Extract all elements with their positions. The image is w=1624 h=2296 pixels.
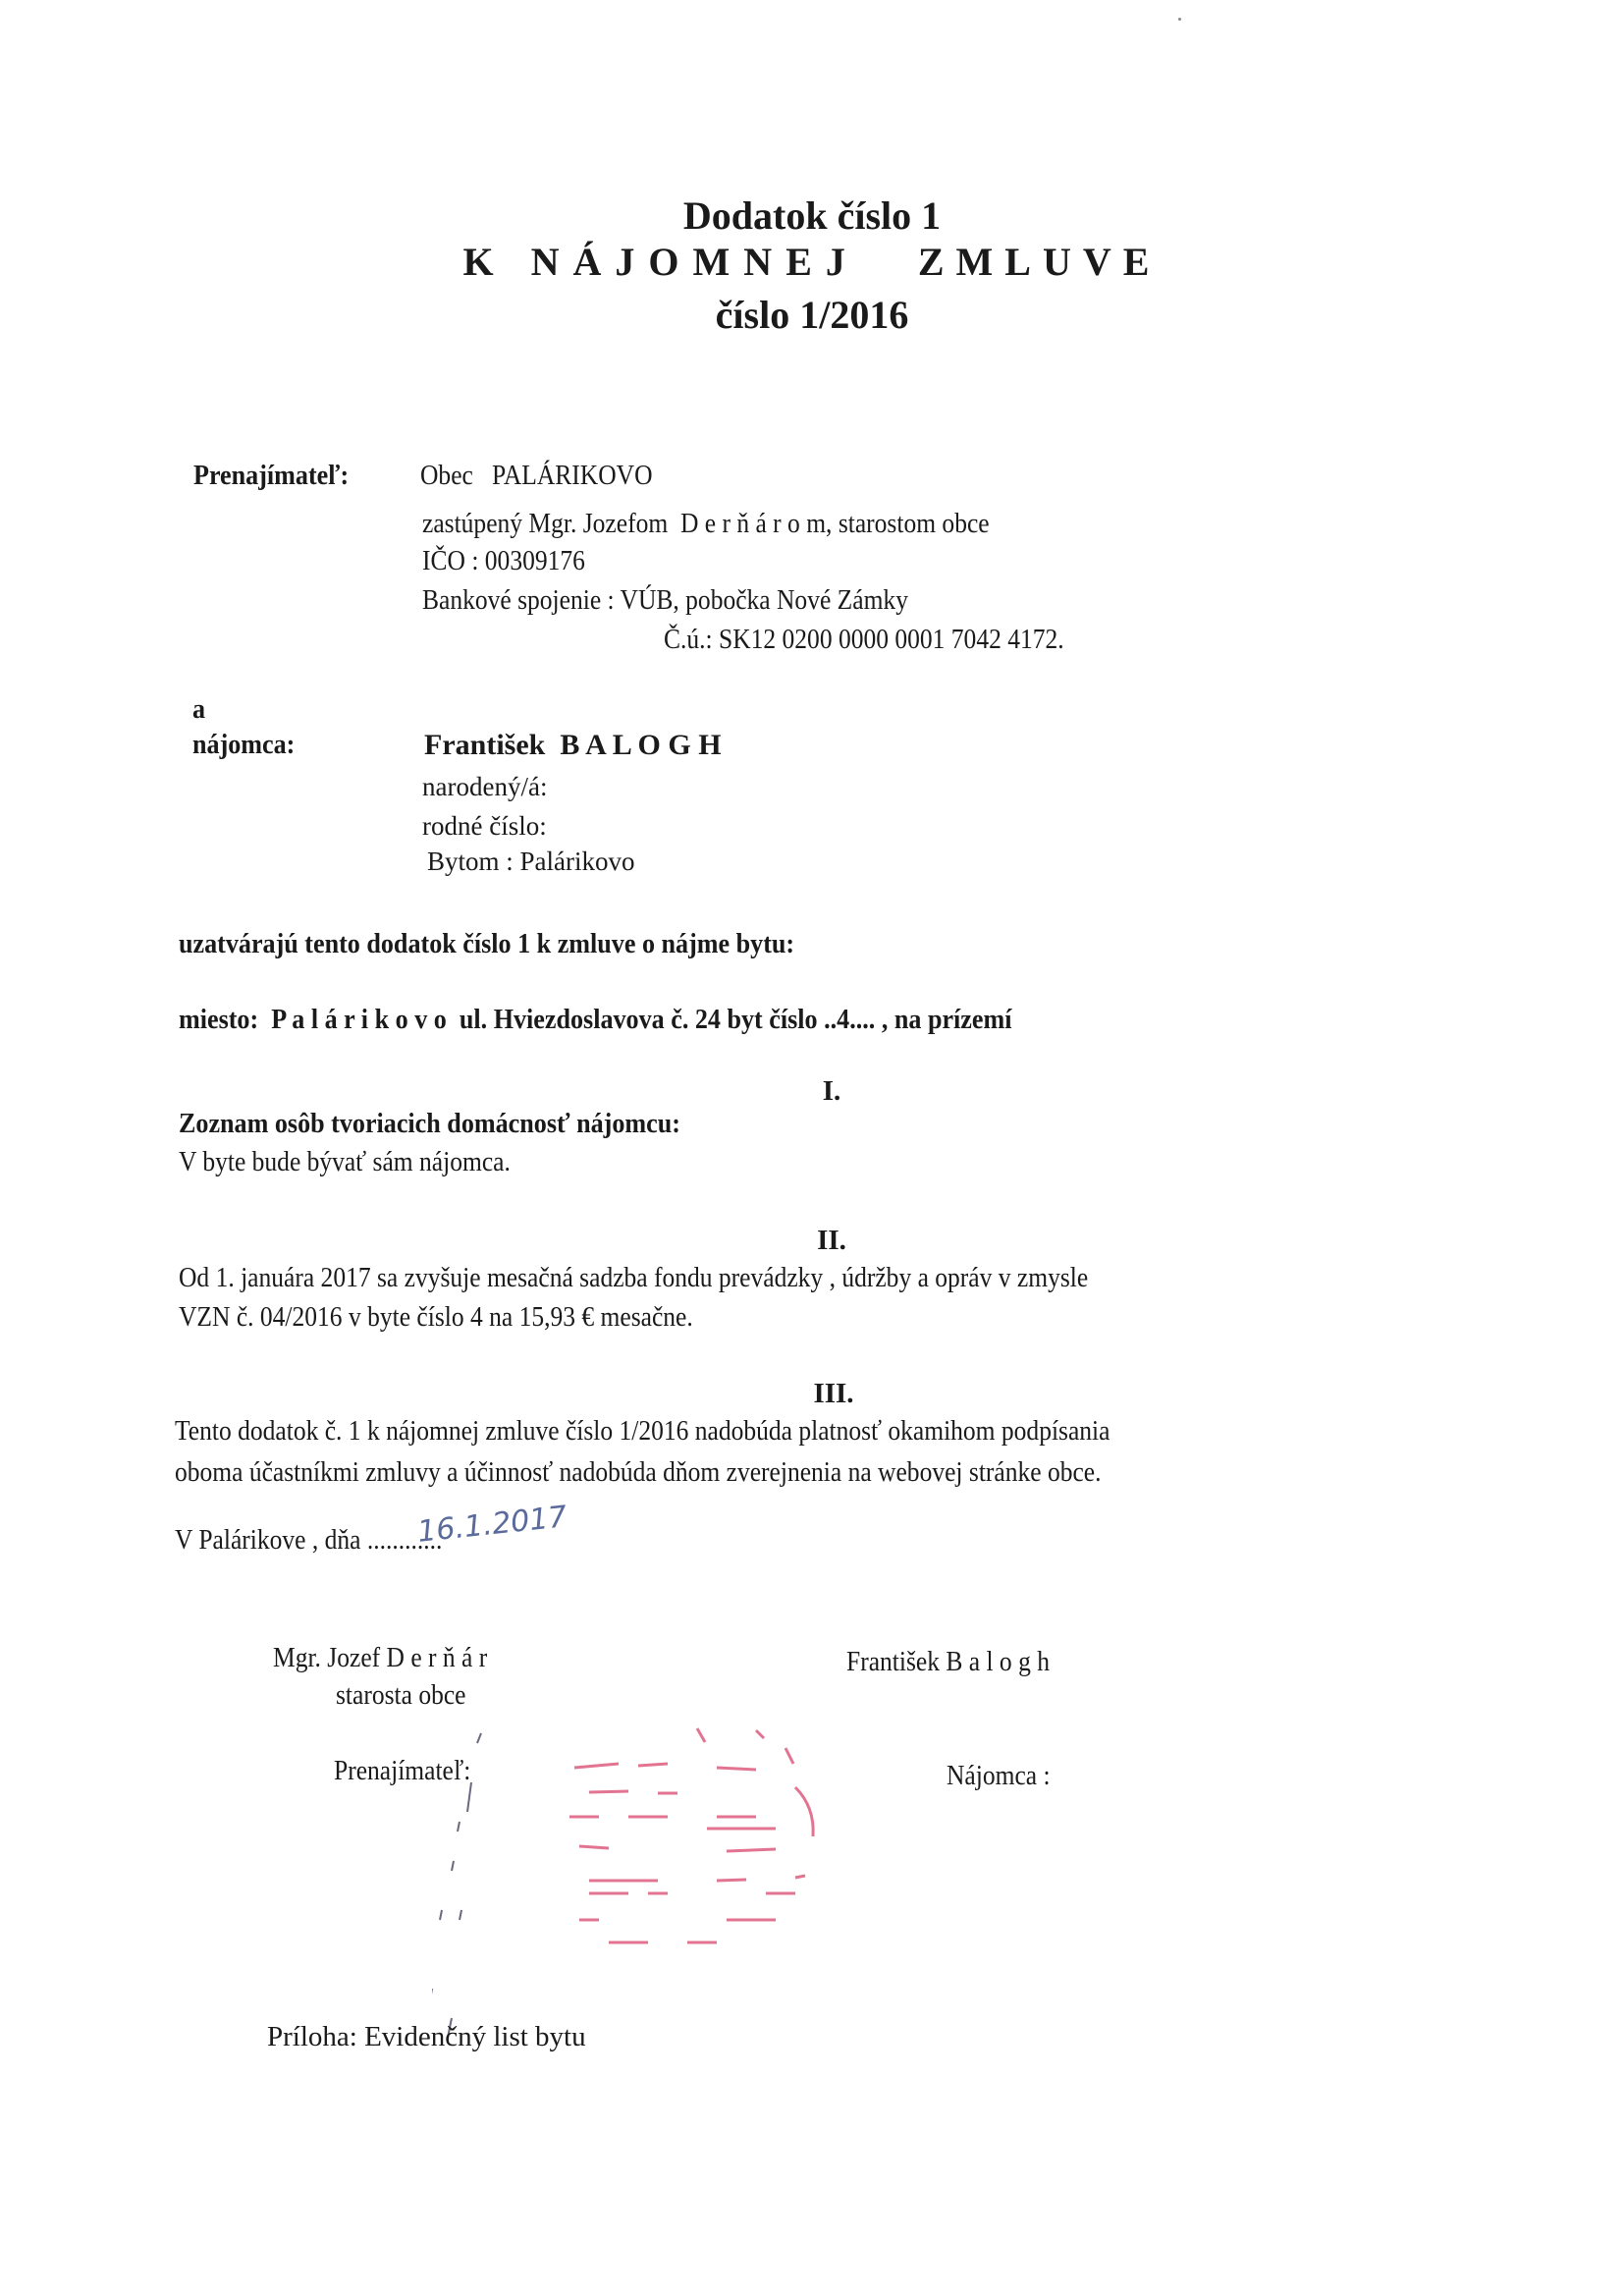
landlord-ico: IČO : 00309176 (422, 545, 585, 577)
signatory-left-title: starosta obce (336, 1679, 466, 1712)
subtitle-part-2: ZMLUVE (918, 240, 1162, 284)
signatory-right-name: František B a l o g h (846, 1646, 1050, 1678)
location-town: P a l á r i k o v o (271, 1004, 447, 1035)
tenant-label: nájomca: (192, 729, 295, 761)
section-3-body-line-1: Tento dodatok č. 1 k nájomnej zmluve čís… (175, 1415, 1110, 1448)
representative-name: D e r ň á r o m (680, 508, 826, 539)
intro-text: uzatvárajú tento dodatok číslo 1 k zmluv… (179, 928, 794, 960)
section-3-numeral: III. (22, 1378, 1624, 1410)
tenant-name: František B A L O G H (424, 729, 722, 762)
tenant-residence: Bytom : Palárikovo (427, 847, 635, 877)
section-2-numeral: II. (20, 1225, 1624, 1257)
section-1-body: V byte bude bývať sám nájomca. (179, 1146, 511, 1178)
document-subtitle: K NÁJOMNEJ ZMLUVE (0, 239, 1624, 285)
landlord-account: Č.ú.: SK12 0200 0000 0001 7042 4172. (664, 624, 1064, 656)
tenant-signature-label: Nájomca : (947, 1760, 1051, 1792)
section-3-body-line-2: oboma účastníkmi zmluvy a účinnosť nadob… (175, 1456, 1102, 1489)
landlord-bank: Bankové spojenie : VÚB, pobočka Nové Zám… (422, 584, 908, 617)
representative-suffix: , starostom obce (826, 508, 990, 539)
location-line: miesto: P a l á r i k o v o ul. Hviezdos… (179, 1004, 1011, 1036)
conjunction: a (192, 693, 205, 726)
signatory-left-name: Mgr. Jozef D e r ň á r (273, 1642, 487, 1674)
section-1-numeral: I. (20, 1075, 1624, 1108)
tenant-last-name: B A L O G H (560, 729, 721, 761)
section-2-body-line-1: Od 1. januára 2017 sa zvyšuje mesačná sa… (179, 1262, 1088, 1294)
handwritten-date: 16.1.2017 (416, 1500, 569, 1550)
place-date: V Palárikove , dňa ............ (175, 1524, 442, 1557)
location-street: ul. Hviezdoslavova č. 24 byt číslo ..4..… (460, 1004, 1012, 1035)
subtitle-part-1: K NÁJOMNEJ (463, 240, 859, 284)
tenant-first-name: František (424, 729, 545, 761)
section-1-heading: Zoznam osôb tvoriacich domácnosť nájomcu… (179, 1108, 680, 1140)
attachment-note: Príloha: Evidenčný list bytu (267, 2021, 586, 2053)
scan-artifact (1178, 18, 1181, 21)
section-2-body-line-2: VZN č. 04/2016 v byte číslo 4 na 15,93 €… (179, 1301, 693, 1334)
landlord-name: Obec PALÁRIKOVO (420, 460, 653, 492)
representative-prefix: zastúpený Mgr. Jozefom (422, 508, 668, 539)
official-stamp-icon (550, 1719, 864, 1974)
place-date-prefix: V Palárikove , dňa (175, 1524, 360, 1556)
landlord-label: Prenajímateľ: (193, 460, 349, 492)
landlord-name-prefix: Obec (420, 460, 473, 491)
document-title: Dodatok číslo 1 (0, 192, 1624, 239)
location-label: miesto: (179, 1004, 258, 1035)
tenant-born-label: narodený/á: (422, 772, 547, 802)
landlord-name-value: PALÁRIKOVO (492, 460, 653, 491)
tenant-birth-number-label: rodné číslo: (422, 811, 547, 842)
signature-scribble-icon (432, 1723, 550, 2048)
contract-number: číslo 1/2016 (0, 292, 1624, 338)
landlord-representative: zastúpený Mgr. Jozefom D e r ň á r o m, … (422, 508, 990, 540)
